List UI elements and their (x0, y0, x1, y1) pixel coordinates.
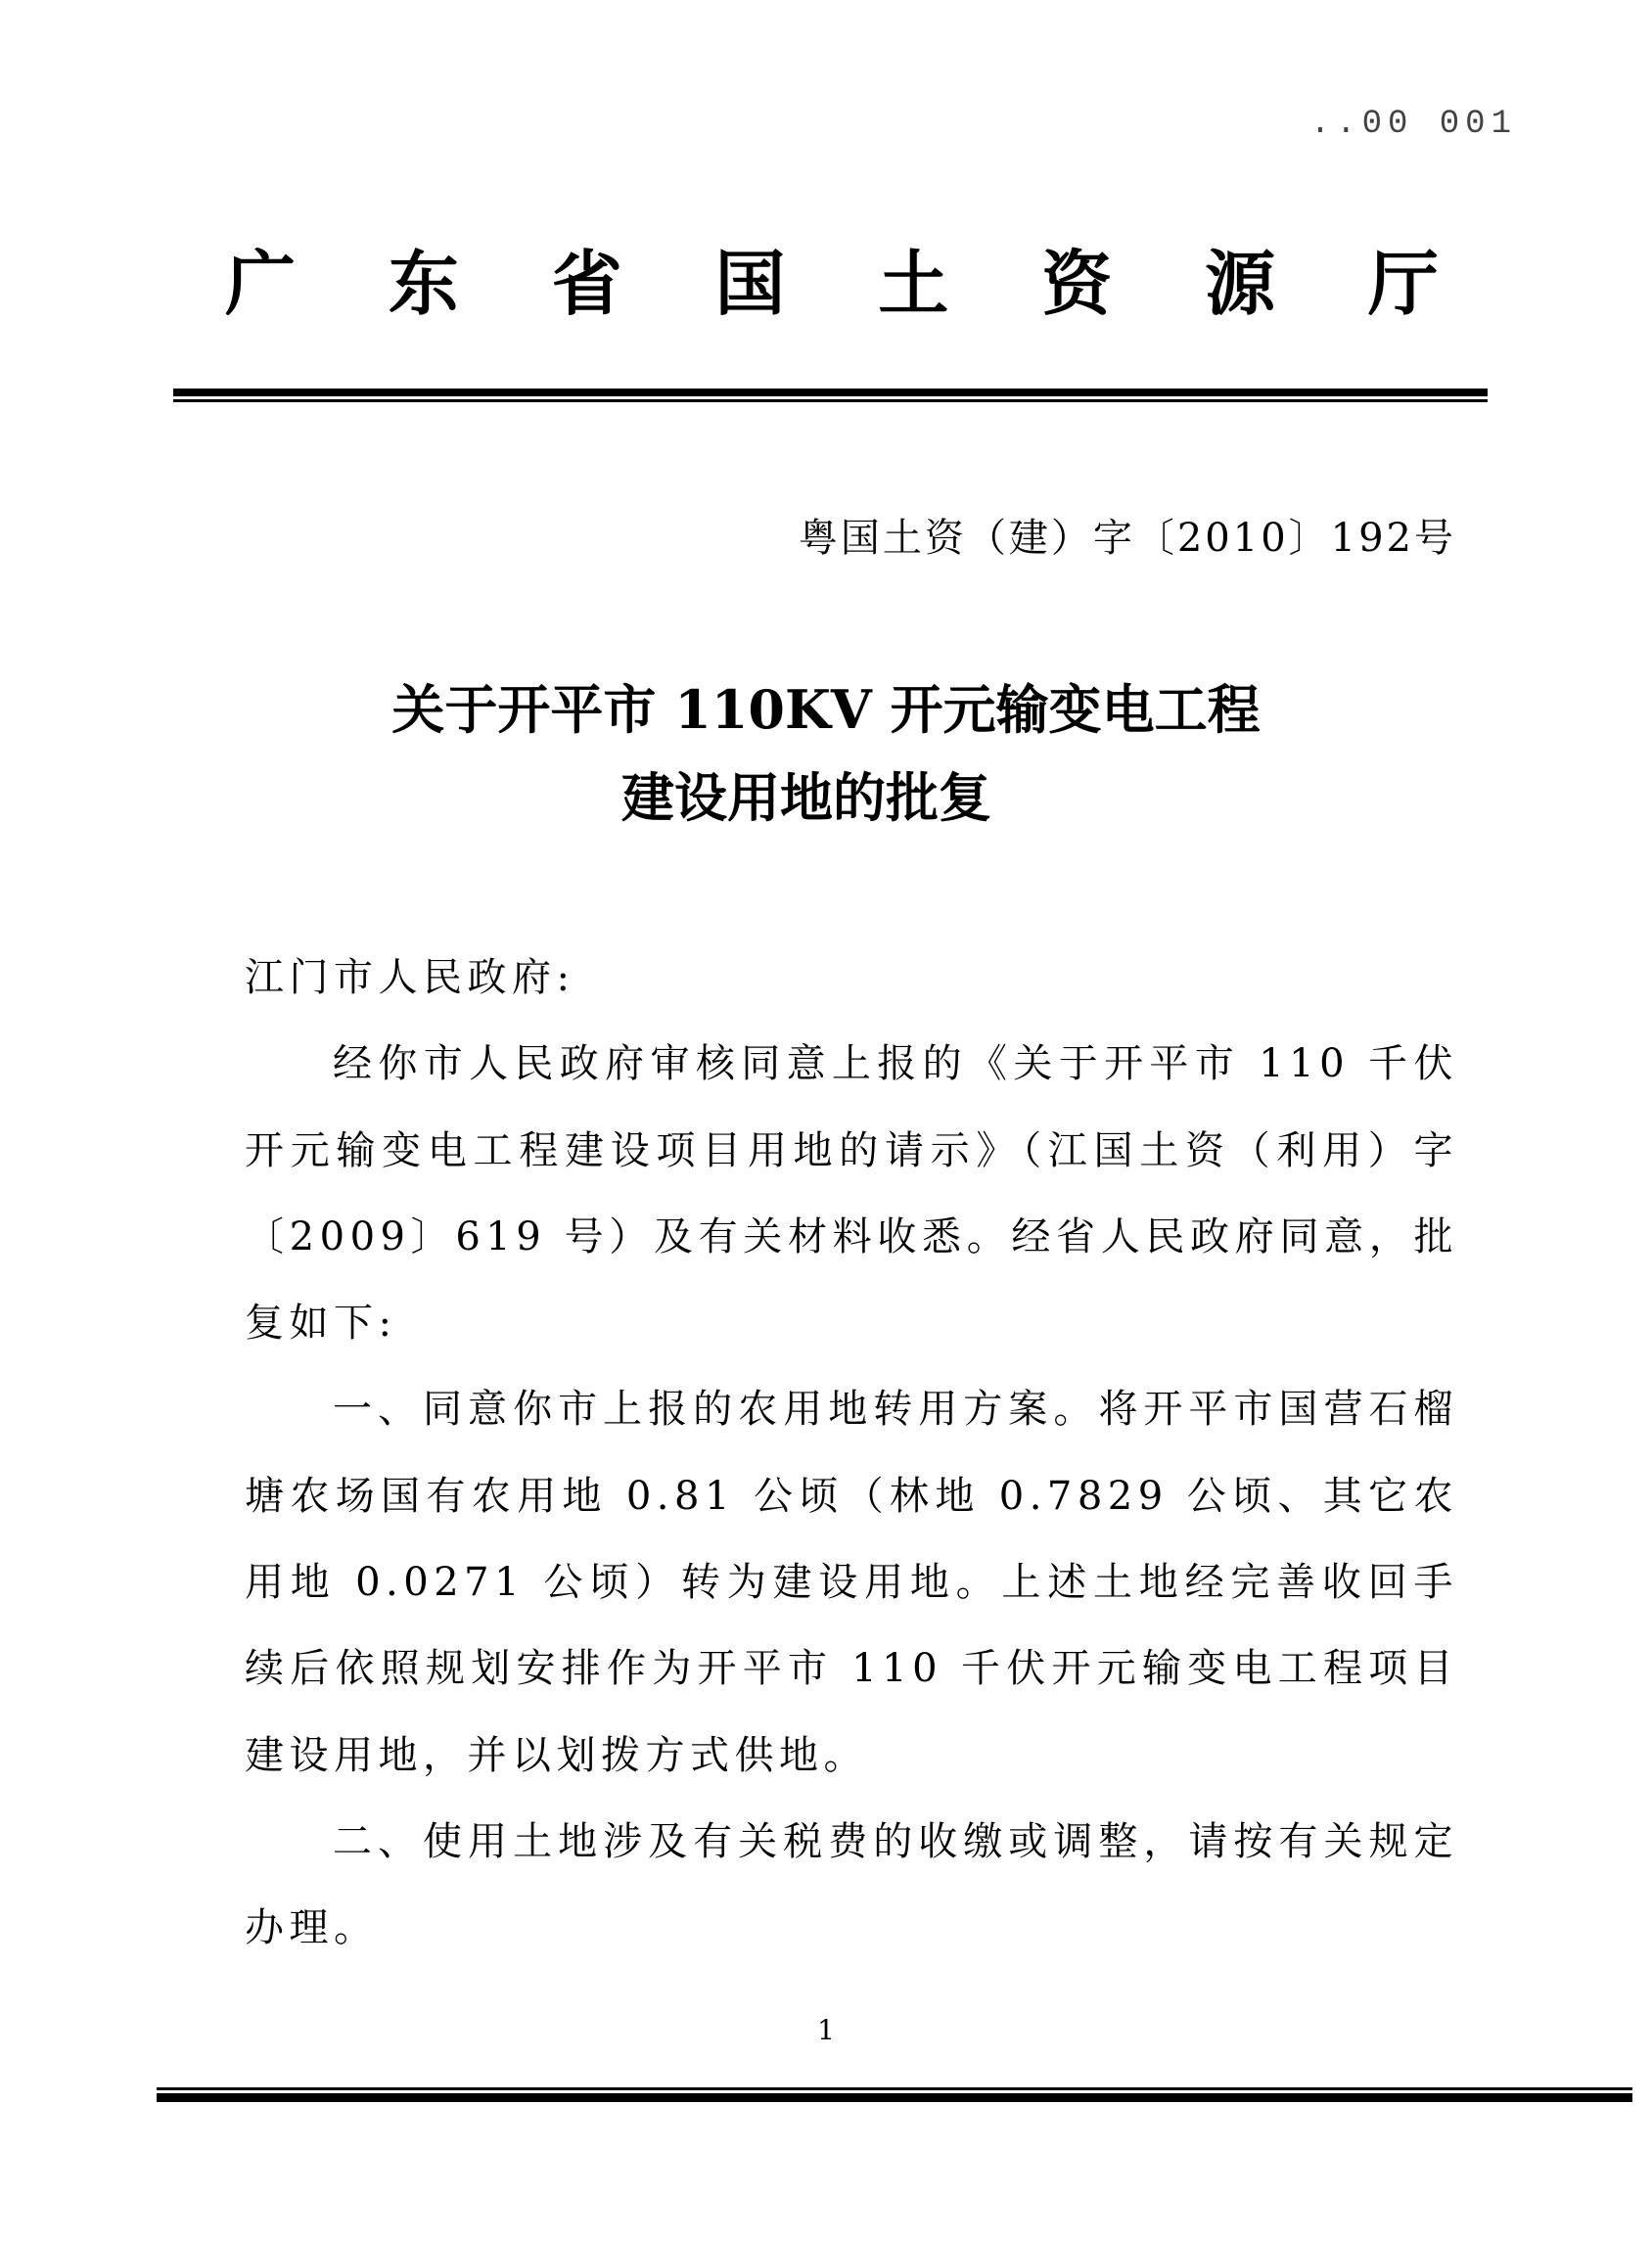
letterhead-char: 国 (715, 240, 786, 328)
letterhead-char: 土 (878, 240, 948, 328)
divider-thick-line (173, 389, 1488, 396)
page-number: 1 (0, 2011, 1652, 2050)
paragraph-intro: 经你市人民政府审核同意上报的《关于开平市 110 千伏开元输变电工程建设项目用地… (245, 1021, 1458, 1366)
letterhead-char: 东 (389, 240, 459, 328)
footer-divider (157, 2087, 1632, 2102)
agency-letterhead: 广 东 省 国 土 资 源 厅 (147, 240, 1517, 328)
salutation: 江门市人民政府: (245, 935, 1458, 1021)
title-line-2: 建设用地的批复 (0, 754, 1652, 842)
paragraph-item-2: 二、使用土地涉及有关税费的收缴或调整，请按有关规定办理。 (245, 1799, 1458, 1972)
letterhead-char: 省 (552, 240, 622, 328)
document-body: 江门市人民政府: 经你市人民政府审核同意上报的《关于开平市 110 千伏开元输变… (245, 935, 1458, 1972)
letterhead-divider (173, 389, 1488, 402)
paragraph-item-1: 一、同意你市上报的农用地转用方案。将开平市国营石榴塘农场国有农用地 0.81 公… (245, 1366, 1458, 1798)
archive-stamp-number: ..00 001 (1302, 106, 1517, 143)
divider-thick-line (157, 2093, 1632, 2102)
document-title: 关于开平市 110KV 开元输变电工程 建设用地的批复 (0, 665, 1652, 842)
letterhead-char: 广 (225, 240, 296, 328)
document-number: 粤国土资（建）字〔2010〕192号 (799, 509, 1456, 568)
divider-thin-line (173, 399, 1488, 402)
letterhead-char: 厅 (1368, 240, 1439, 328)
title-line-1: 关于开平市 110KV 开元输变电工程 (0, 665, 1652, 754)
letterhead-char: 源 (1205, 240, 1275, 328)
letterhead-char: 资 (1041, 240, 1112, 328)
